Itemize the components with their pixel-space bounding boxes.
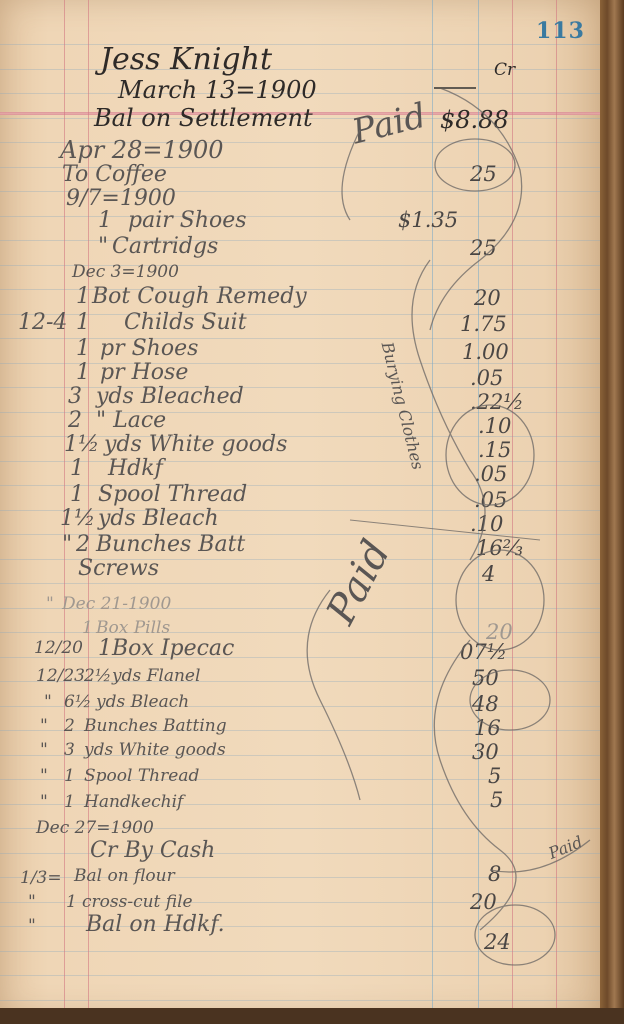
- entry-item: Hdkf: [108, 456, 163, 481]
- account-date: March 13=1900: [118, 76, 317, 104]
- entry-amount: 25: [470, 162, 497, 186]
- entry-amount: 16: [474, 716, 501, 740]
- entry-item: Bot Cough Remedy: [92, 284, 307, 309]
- entry-item: yds White goods: [84, 740, 226, 760]
- entry-qty: 1½: [64, 432, 99, 457]
- entry-amount: 4: [482, 562, 495, 586]
- entry-qty: 2: [68, 408, 82, 433]
- entry-item: Handkechif: [84, 792, 183, 812]
- entry-amount: 48: [472, 692, 499, 716]
- entry-date: Apr 28=1900: [60, 136, 224, 164]
- entry-date: 1/3=: [20, 868, 62, 888]
- account-name: Jess Knight: [100, 42, 272, 77]
- rule-line: [0, 1000, 604, 1001]
- entry-qty: 3: [64, 740, 75, 760]
- entry-qty: ": [98, 234, 108, 259]
- entry-item: pair Shoes: [128, 208, 247, 233]
- entry-item: Bunches Batt: [96, 532, 245, 557]
- entry-qty: 1: [76, 360, 90, 385]
- entry-item: cross-cut file: [82, 892, 193, 912]
- rule-line: [0, 216, 604, 217]
- entry-amount: 5: [490, 788, 503, 812]
- entry-item: yds Bleached: [96, 384, 244, 409]
- entry-amount: 16⅔: [476, 536, 523, 560]
- paid-mark-top: Paid: [348, 96, 430, 153]
- entry-date: ": [28, 916, 36, 936]
- entry-qty: 1: [76, 284, 90, 309]
- entry-date: ": [40, 792, 48, 812]
- entry-item: To Coffee: [62, 162, 167, 187]
- entry-qty: 2: [64, 716, 75, 736]
- rule-line: [0, 240, 604, 241]
- entry-qty: 3: [68, 384, 82, 409]
- entry-date: 12-4: [18, 310, 67, 335]
- entry-qty: 2: [76, 532, 90, 557]
- entry-date: ": [62, 532, 72, 557]
- rule-line: [0, 363, 604, 364]
- entry-qty: 1: [82, 618, 93, 638]
- entry-date: ": [40, 716, 48, 736]
- book-bottom-edge: [0, 1008, 624, 1024]
- opening-balance-amount: $8.88: [440, 106, 509, 134]
- entry-amount: 20: [474, 286, 501, 310]
- entry-qty: 2½: [84, 666, 111, 686]
- entry-amount: .05: [474, 488, 507, 512]
- entry-item: Bunches Batting: [84, 716, 227, 736]
- entry-item: yds Flanel: [112, 666, 200, 686]
- entry-qty: 1½: [60, 506, 95, 531]
- rule-line: [0, 314, 604, 315]
- entry-item: Spool Thread: [98, 482, 247, 507]
- entry-date: ": [46, 594, 54, 614]
- entry-amount: $1.35: [398, 208, 458, 232]
- margin-paid-mark: Paid: [546, 832, 586, 863]
- entry-qty: 1: [70, 456, 84, 481]
- rule-line: [0, 975, 604, 976]
- entry-qty: 1: [64, 766, 75, 786]
- entry-item: " Lace: [96, 408, 166, 433]
- entry-date: ": [40, 740, 48, 760]
- rule-line: [0, 461, 604, 462]
- entry-qty: 1: [66, 892, 77, 912]
- entry-item: Box Pills: [96, 618, 170, 638]
- rule-line: [0, 485, 604, 486]
- entry-item: Dec 21-1900: [62, 594, 171, 614]
- entry-item: Screws: [78, 556, 159, 581]
- rule-line: [0, 44, 604, 45]
- entry-item: Childs Suit: [124, 310, 247, 335]
- entry-date: 12/20: [34, 638, 83, 658]
- rule-line: [0, 338, 604, 339]
- entry-amount: 24: [484, 930, 511, 954]
- entry-date: Dec 27=1900: [36, 818, 154, 838]
- entry-item: pr Shoes: [100, 336, 198, 361]
- entry-qty: 1: [98, 208, 112, 233]
- entry-item: Box Ipecac: [112, 636, 234, 661]
- entry-item: Spool Thread: [84, 766, 199, 786]
- rule-line: [0, 583, 604, 584]
- entry-amount: .22½: [470, 390, 524, 414]
- entry-amount: .15: [478, 438, 511, 462]
- entry-amount: 1.00: [462, 340, 509, 364]
- entry-amount: 25: [470, 236, 497, 260]
- entry-item: yds White goods: [104, 432, 287, 457]
- entry-item: Bal on flour: [74, 866, 175, 886]
- book-spine-edge: [600, 0, 624, 1024]
- entry-date: 12/23: [36, 666, 85, 686]
- entry-item: yds Bleach: [98, 506, 219, 531]
- page-number: 113: [536, 18, 585, 44]
- entry-amount: 07½: [460, 640, 507, 664]
- entry-amount: .10: [478, 414, 511, 438]
- entry-amount: .05: [470, 366, 503, 390]
- rule-line: [0, 387, 604, 388]
- entry-item: Bal on Hdkf.: [86, 912, 225, 937]
- entry-date: Dec 3=1900: [72, 262, 179, 282]
- sideways-note: Burying Clothes: [378, 340, 428, 472]
- entry-qty: 1: [98, 636, 112, 661]
- rule-line: [0, 951, 604, 952]
- entry-qty: 1: [64, 792, 75, 812]
- entry-amount: 50: [472, 666, 499, 690]
- credit-column-header: Cr: [494, 60, 515, 80]
- rule-line: [0, 657, 604, 658]
- entry-date: ": [44, 692, 52, 712]
- entry-amount: 20: [470, 890, 497, 914]
- entry-qty: 1: [70, 482, 84, 507]
- entry-date: ": [28, 892, 36, 912]
- entry-qty: 1: [76, 336, 90, 361]
- entry-amount: 5: [488, 764, 501, 788]
- column-rule-dollars: [432, 0, 433, 1010]
- entry-amount: 8: [488, 862, 501, 886]
- entry-amount: 1.75: [460, 312, 507, 336]
- column-rule-credit: [512, 0, 513, 1010]
- entry-item: Cr By Cash: [90, 838, 215, 863]
- entry-amount: 30: [472, 740, 499, 764]
- entry-date: ": [40, 766, 48, 786]
- entry-item: pr Hose: [100, 360, 188, 385]
- ledger-page: 113 Jess Knight March 13=1900 Cr Bal on …: [0, 0, 604, 1016]
- entry-qty: 1: [76, 310, 90, 335]
- entry-amount: .10: [470, 512, 503, 536]
- rule-line: [0, 534, 604, 535]
- entry-qty: 6½: [64, 692, 91, 712]
- entry-amount: .05: [474, 462, 507, 486]
- entry-item: Cartridgs: [112, 234, 218, 259]
- opening-balance-label: Bal on Settlement: [94, 104, 313, 132]
- entry-item: yds Bleach: [96, 692, 189, 712]
